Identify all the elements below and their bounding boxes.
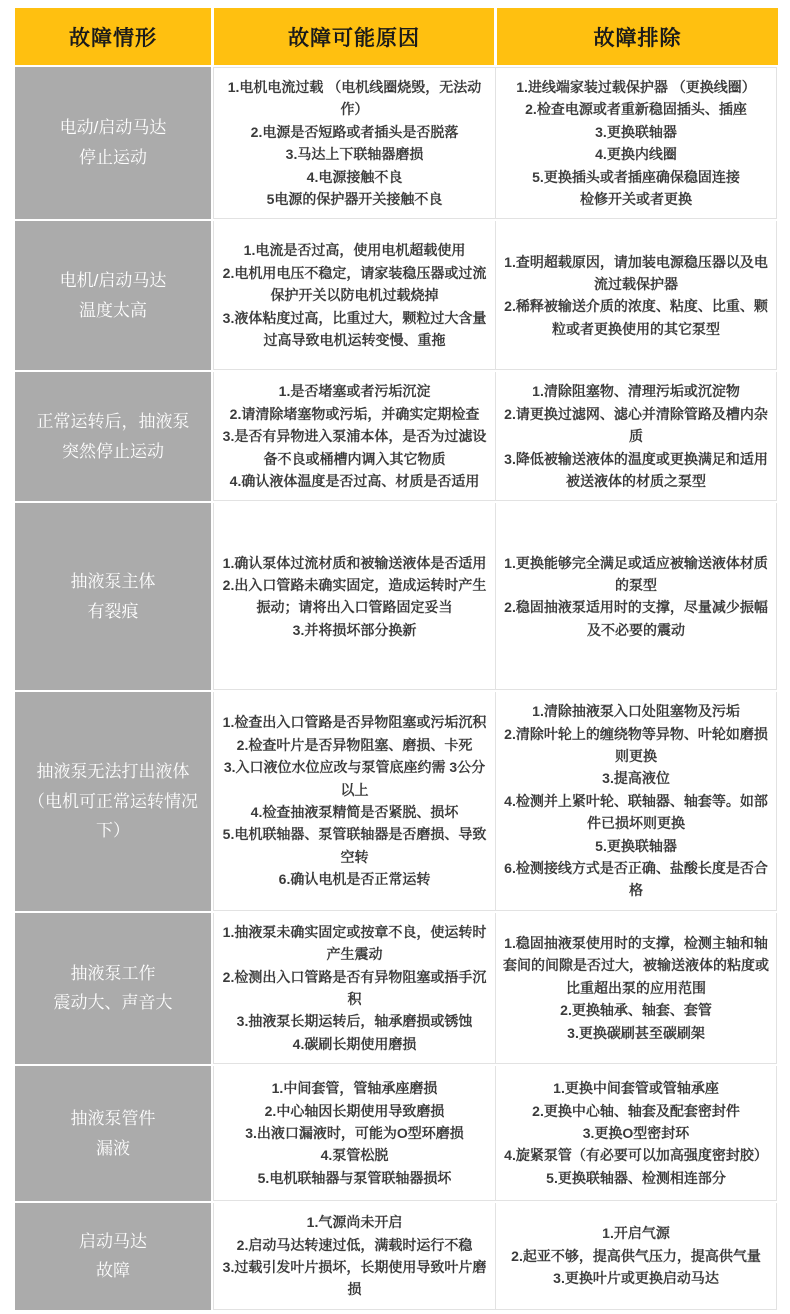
fault-situation-cell: 抽液泵管件 漏液: [15, 1066, 211, 1201]
fault-solutions-cell: 1.进线端家装过载保护器 （更换线圈） 2.检查电源或者重新稳固插头、插座 3.…: [495, 67, 777, 219]
table-row: 抽液泵无法打出液体 （电机可正常运转情况 下） 1.检查出入口管路是否异物阻塞或…: [15, 692, 778, 911]
header-fault-situation: 故障情形: [15, 8, 211, 65]
fault-causes-cell: 1.中间套管，管轴承座磨损 2.中心轴因长期使用导致磨损 3.出液口漏液时，可能…: [213, 1066, 495, 1201]
table-header: 故障情形 故障可能原因 故障排除: [15, 8, 778, 65]
fault-situation-cell: 电机/启动马达 温度太高: [15, 221, 211, 370]
fault-solutions-cell: 1.开启气源 2.起亚不够，提高供气压力，提高供气量 3.更换叶片或更换启动马达: [495, 1203, 777, 1310]
fault-causes-cell: 1.电流是否过高，使用电机超载使用 2.电机用电压不稳定，请家装稳压器或过流保护…: [213, 221, 495, 370]
fault-causes-cell: 1.检查出入口管路是否异物阻塞或污垢沉积 2.检查叶片是否异物阻塞、磨损、卡死 …: [213, 692, 495, 911]
fault-solutions-cell: 1.查明超载原因，请加装电源稳压器以及电流过载保护器 2.稀释被输送介质的浓度、…: [495, 221, 777, 370]
fault-situation-cell: 电动/启动马达 停止运动: [15, 67, 211, 219]
fault-causes-cell: 1.抽液泵未确实固定或按章不良，使运转时产生震动 2.检测出入口管路是否有异物阻…: [213, 913, 495, 1064]
fault-causes-cell: 1.是否堵塞或者污垢沉淀 2.请清除堵塞物或污垢，并确实定期检查 3.是否有异物…: [213, 372, 495, 501]
fault-situation-cell: 正常运转后，抽液泵 突然停止运动: [15, 372, 211, 501]
fault-situation-cell: 启动马达 故障: [15, 1203, 211, 1310]
fault-solutions-cell: 1.清除抽液泵入口处阻塞物及污垢 2.清除叶轮上的缠绕物等异物、叶轮如磨损则更换…: [495, 692, 777, 911]
fault-causes-cell: 1.确认泵体过流材质和被输送液体是否适用 2.出入口管路未确实固定，造成运转时产…: [213, 503, 495, 690]
fault-situation-cell: 抽液泵主体 有裂痕: [15, 503, 211, 690]
header-fault-causes: 故障可能原因: [214, 8, 494, 65]
fault-causes-cell: 1.电机电流过载 （电机线圈烧毁，无法动作） 2.电源是否短路或者插头是否脱落 …: [213, 67, 495, 219]
fault-solutions-cell: 1.更换中间套管或管轴承座 2.更换中心轴、轴套及配套密封件 3.更换O型密封环…: [495, 1066, 777, 1201]
fault-situation-cell: 抽液泵工作 震动大、声音大: [15, 913, 211, 1064]
fault-situation-cell: 抽液泵无法打出液体 （电机可正常运转情况 下）: [15, 692, 211, 911]
table-row: 电机/启动马达 温度太高 1.电流是否过高，使用电机超载使用 2.电机用电压不稳…: [15, 221, 778, 370]
table-row: 正常运转后，抽液泵 突然停止运动 1.是否堵塞或者污垢沉淀 2.请清除堵塞物或污…: [15, 372, 778, 501]
fault-solutions-cell: 1.清除阻塞物、清理污垢或沉淀物 2.请更换过滤网、滤心并清除管路及槽内杂质 3…: [495, 372, 777, 501]
table-row: 抽液泵主体 有裂痕 1.确认泵体过流材质和被输送液体是否适用 2.出入口管路未确…: [15, 503, 778, 690]
troubleshooting-page: 故障情形 故障可能原因 故障排除 电动/启动马达 停止运动 1.电机电流过载 （…: [0, 0, 790, 1314]
table-row: 电动/启动马达 停止运动 1.电机电流过载 （电机线圈烧毁，无法动作） 2.电源…: [15, 67, 778, 219]
table-row: 抽液泵管件 漏液 1.中间套管，管轴承座磨损 2.中心轴因长期使用导致磨损 3.…: [15, 1066, 778, 1201]
header-fault-solutions: 故障排除: [497, 8, 778, 65]
fault-solutions-cell: 1.稳固抽液泵使用时的支撑，检测主轴和轴套间的间隙是否过大，被输送液体的粘度或比…: [495, 913, 777, 1064]
fault-solutions-cell: 1.更换能够完全满足或适应被输送液体材质的泵型 2.稳固抽液泵适用时的支撑，尽量…: [495, 503, 777, 690]
fault-causes-cell: 1.气源尚未开启 2.启动马达转速过低，满载时运行不稳 3.过载引发叶片损坏，长…: [213, 1203, 495, 1310]
table-row: 启动马达 故障 1.气源尚未开启 2.启动马达转速过低，满载时运行不稳 3.过载…: [15, 1203, 778, 1310]
table-row: 抽液泵工作 震动大、声音大 1.抽液泵未确实固定或按章不良，使运转时产生震动 2…: [15, 913, 778, 1064]
